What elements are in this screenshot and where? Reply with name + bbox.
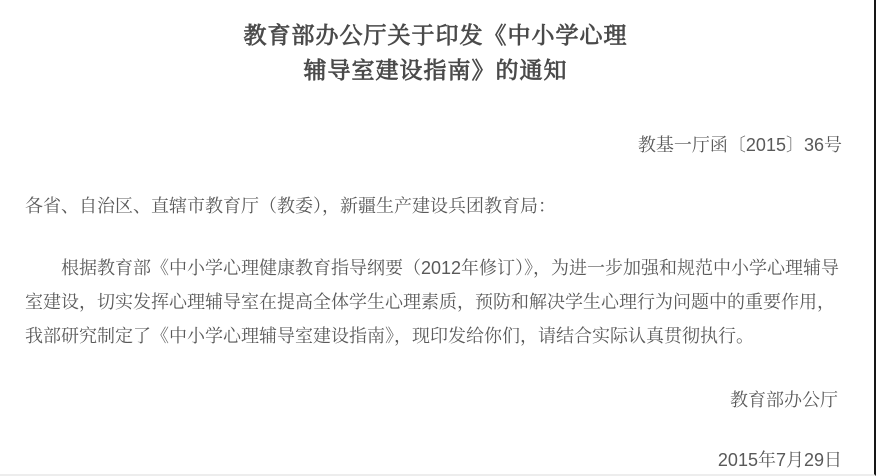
salutation-line: 各省、自治区、直辖市教育厅（教委），新疆生产建设兵团教育局： bbox=[25, 189, 846, 223]
issuing-authority-signature: 教育部办公厅 bbox=[25, 383, 846, 417]
document-title-line2: 辅导室建设指南》的通知 bbox=[304, 57, 568, 83]
notice-document-page: 教育部办公厅关于印发《中小学心理 辅导室建设指南》的通知 教基一厅函〔2015〕… bbox=[0, 0, 876, 476]
document-number: 教基一厅函〔2015〕36号 bbox=[25, 128, 846, 162]
document-title: 教育部办公厅关于印发《中小学心理 辅导室建设指南》的通知 bbox=[25, 16, 846, 88]
body-paragraph: 根据教育部《中小学心理健康教育指导纲要（2012年修订）》，为进一步加强和规范中… bbox=[25, 251, 846, 353]
document-date: 2015年7月29日 bbox=[25, 443, 846, 476]
document-title-line1: 教育部办公厅关于印发《中小学心理 bbox=[244, 22, 628, 48]
